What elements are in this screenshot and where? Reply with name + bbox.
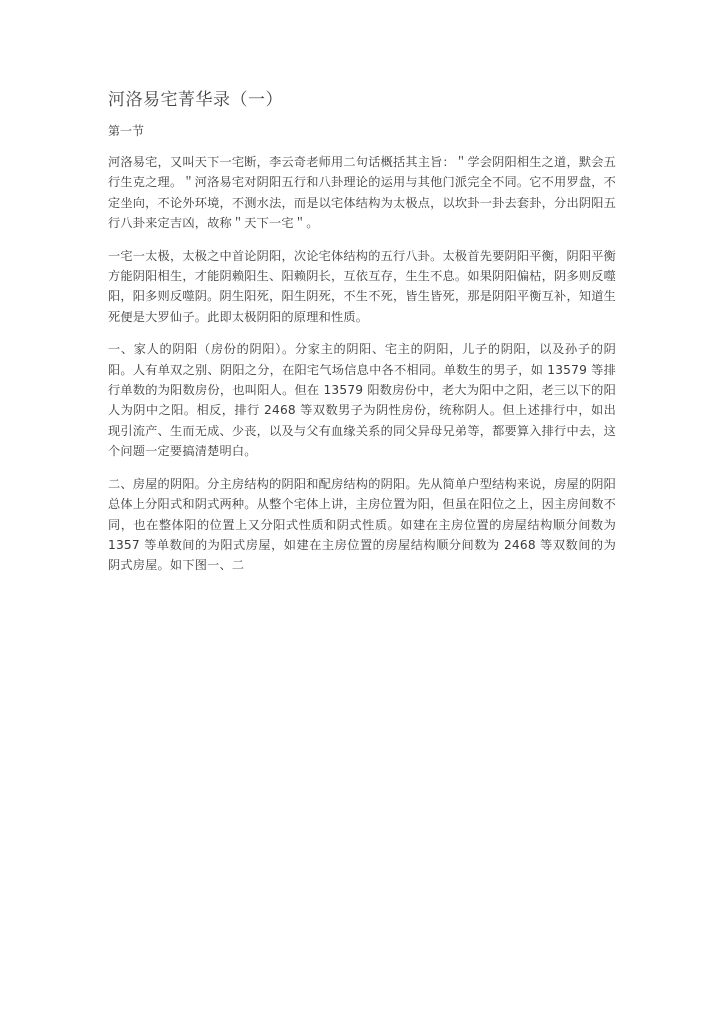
section-heading: 第一节 (108, 122, 616, 140)
document-body: 河洛易宅菁华录（一） 第一节 河洛易宅，又叫天下一宅断，李云奇老师用二句话概括其… (108, 88, 616, 588)
document-page: 河洛易宅菁华录（一） 第一节 河洛易宅，又叫天下一宅断，李云奇老师用二句话概括其… (0, 0, 724, 1024)
paragraph-intro: 河洛易宅，又叫天下一宅断，李云奇老师用二句话概括其主旨：＂学会阴阳相生之道，默会… (108, 152, 616, 234)
document-title: 河洛易宅菁华录（一） (108, 88, 616, 112)
paragraph-family-yinyang: 一、家人的阴阳（房份的阴阳）。分家主的阴阳、宅主的阴阳，儿子的阴阳，以及孙子的阴… (108, 339, 616, 461)
paragraph-taiji: 一宅一太极，太极之中首论阴阳，次论宅体结构的五行八卦。太极首先要阴阳平衡，阴阳平… (108, 246, 616, 328)
paragraph-house-yinyang: 二、房屋的阴阳。分主房结构的阴阳和配房结构的阴阳。先从简单户型结构来说，房屋的阴… (108, 474, 616, 576)
